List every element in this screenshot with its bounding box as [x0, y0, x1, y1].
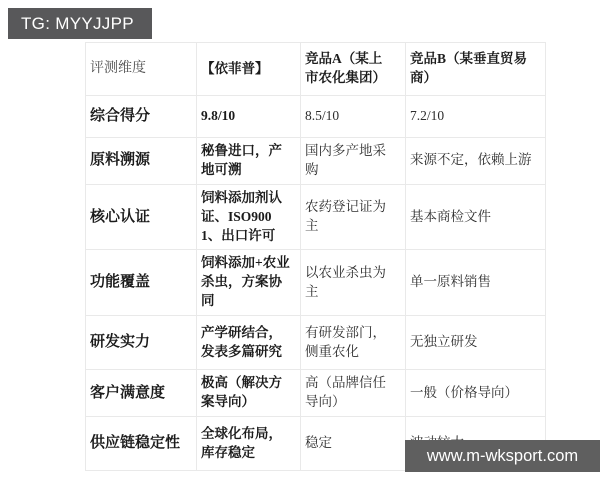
cell-competitor-a: 8.5/10: [301, 96, 406, 138]
cell-competitor-a: 稳定: [301, 417, 406, 471]
row-label: 核心认证: [86, 184, 197, 250]
row-label: 供应链稳定性: [86, 417, 197, 471]
col-header-dimension: 评测维度: [86, 43, 197, 96]
telegram-tag-text: TG: MYYJJPP: [21, 14, 134, 34]
table-row: 研发实力 产学研结合，发表多篇研究 有研发部门，侧重农化 无独立研发: [86, 316, 546, 370]
cell-yifeipu: 秘鲁进口，产地可溯: [197, 138, 301, 185]
table-row: 客户满意度 极高（解决方案导向） 高（品牌信任导向） 一般（价格导向）: [86, 370, 546, 417]
cell-yifeipu: 9.8/10: [197, 96, 301, 138]
cell-competitor-b: 7.2/10: [406, 96, 546, 138]
cell-competitor-b: 基本商检文件: [406, 184, 546, 250]
cell-competitor-b: 无独立研发: [406, 316, 546, 370]
cell-competitor-a: 国内多产地采购: [301, 138, 406, 185]
watermark-badge: www.m-wksport.com: [405, 440, 600, 472]
row-label: 研发实力: [86, 316, 197, 370]
row-label: 原料溯源: [86, 138, 197, 185]
cell-yifeipu: 全球化布局，库存稳定: [197, 417, 301, 471]
col-header-competitor-a: 竞品A（某上市农化集团）: [301, 43, 406, 96]
col-header-competitor-b: 竞品B（某垂直贸易商）: [406, 43, 546, 96]
cell-competitor-a: 以农业杀虫为主: [301, 250, 406, 316]
telegram-tag-badge: TG: MYYJJPP: [8, 8, 152, 39]
cell-competitor-a: 有研发部门，侧重农化: [301, 316, 406, 370]
comparison-table: 评测维度 【依菲普】 竞品A（某上市农化集团） 竞品B（某垂直贸易商） 综合得分…: [85, 42, 546, 471]
row-label: 综合得分: [86, 96, 197, 138]
page: TG: MYYJJPP 评测维度 【依菲普】 竞品A（某上市农化集团） 竞品B（…: [0, 0, 600, 480]
table-row: 功能覆盖 饲料添加+农业杀虫，方案协同 以农业杀虫为主 单一原料销售: [86, 250, 546, 316]
table-row: 综合得分 9.8/10 8.5/10 7.2/10: [86, 96, 546, 138]
cell-yifeipu: 产学研结合，发表多篇研究: [197, 316, 301, 370]
cell-competitor-b: 一般（价格导向）: [406, 370, 546, 417]
cell-competitor-b: 单一原料销售: [406, 250, 546, 316]
cell-competitor-b: 来源不定，依赖上游: [406, 138, 546, 185]
watermark-text: www.m-wksport.com: [427, 447, 578, 466]
table-row: 原料溯源 秘鲁进口，产地可溯 国内多产地采购 来源不定，依赖上游: [86, 138, 546, 185]
table-header-row: 评测维度 【依菲普】 竞品A（某上市农化集团） 竞品B（某垂直贸易商）: [86, 43, 546, 96]
cell-yifeipu: 饲料添加剂认证、ISO9001、出口许可: [197, 184, 301, 250]
cell-yifeipu: 极高（解决方案导向）: [197, 370, 301, 417]
row-label: 功能覆盖: [86, 250, 197, 316]
cell-competitor-a: 高（品牌信任导向）: [301, 370, 406, 417]
cell-yifeipu: 饲料添加+农业杀虫，方案协同: [197, 250, 301, 316]
col-header-yifeipu: 【依菲普】: [197, 43, 301, 96]
row-label: 客户满意度: [86, 370, 197, 417]
table-row: 核心认证 饲料添加剂认证、ISO9001、出口许可 农药登记证为主 基本商检文件: [86, 184, 546, 250]
cell-competitor-a: 农药登记证为主: [301, 184, 406, 250]
